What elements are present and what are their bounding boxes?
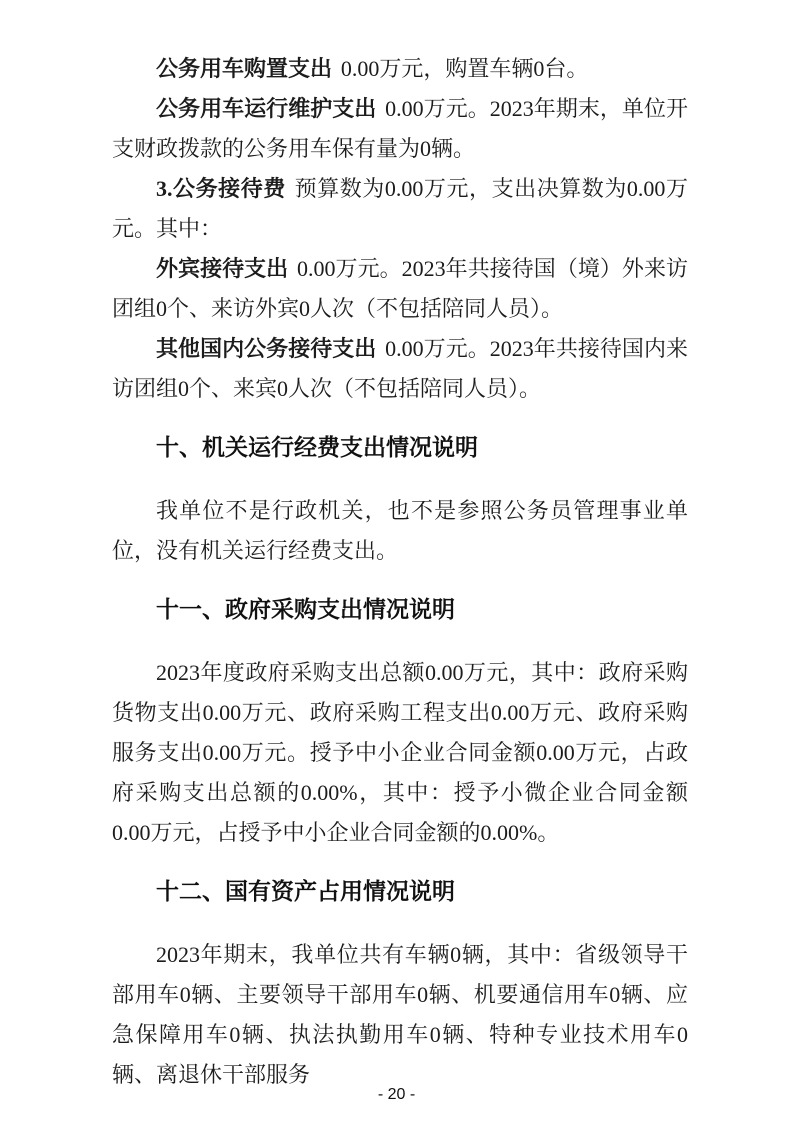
paragraph: 外宾接待支出0.00万元。2023年共接待国（境）外来访团组0个、来访外宾0人次… [112,249,688,329]
section-heading: 十、机关运行经费支出情况说明 [112,427,688,467]
paragraph-lead: 公务用车运行维护支出 [156,96,376,121]
paragraph-lead: 其他国内公务接待支出 [156,336,376,361]
section-heading: 十二、国有资产占用情况说明 [112,871,688,911]
paragraph-text: 0.00万元，购置车辆0台。 [341,56,589,81]
section-heading: 十一、政府采购支出情况说明 [112,589,688,629]
paragraph: 我单位不是行政机关，也不是参照公务员管理事业单位，没有机关运行经费支出。 [112,491,688,571]
document-page: 公务用车购置支出0.00万元，购置车辆0台。 公务用车运行维护支出0.00万元。… [0,0,793,1122]
paragraph-text: 我单位不是行政机关，也不是参照公务员管理事业单位，没有机关运行经费支出。 [112,498,688,563]
paragraph-text: 2023年期末，我单位共有车辆0辆，其中：省级领导干部用车0辆、主要领导干部用车… [112,942,688,1087]
document-body: 公务用车购置支出0.00万元，购置车辆0台。 公务用车运行维护支出0.00万元。… [112,49,688,1095]
paragraph: 2023年期末，我单位共有车辆0辆，其中：省级领导干部用车0辆、主要领导干部用车… [112,935,688,1095]
paragraph: 2023年度政府采购支出总额0.00万元，其中：政府采购货物支出0.00万元、政… [112,653,688,853]
paragraph-lead: 3.公务接待费 [156,176,286,201]
paragraph: 其他国内公务接待支出0.00万元。2023年共接待国内来访团组0个、来宾0人次（… [112,329,688,409]
paragraph: 公务用车运行维护支出0.00万元。2023年期末，单位开支财政拨款的公务用车保有… [112,89,688,169]
paragraph: 公务用车购置支出0.00万元，购置车辆0台。 [112,49,688,89]
paragraph-lead: 外宾接待支出 [156,256,288,281]
page-number: - 20 - [0,1084,793,1106]
paragraph: 3.公务接待费预算数为0.00万元，支出决算数为0.00万元。其中： [112,169,688,249]
paragraph-lead: 公务用车购置支出 [156,56,332,81]
paragraph-text: 2023年度政府采购支出总额0.00万元，其中：政府采购货物支出0.00万元、政… [112,660,688,845]
